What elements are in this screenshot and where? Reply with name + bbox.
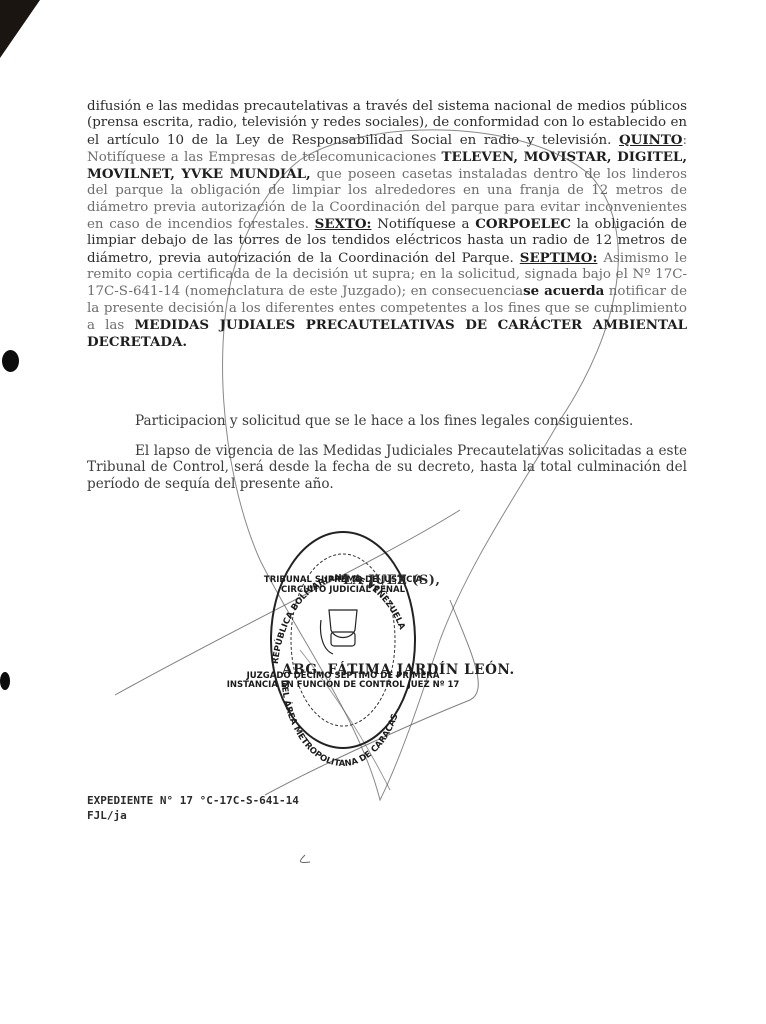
- quinto-heading: QUINTO: [619, 132, 682, 148]
- sexto-heading: SEXTO:: [315, 216, 372, 232]
- medidas-decretada: MEDIDAS JUDIALES PRECAUTELATIVAS DE CARÁ…: [87, 317, 687, 350]
- punch-hole: [2, 350, 19, 372]
- closing-paragraphs: Participacion y solicitud que se le hace…: [87, 413, 687, 505]
- main-paragraph: difusión e las medidas precautelativas a…: [87, 99, 687, 351]
- participacion-paragraph: Participacion y solicitud que se le hace…: [87, 413, 687, 430]
- judge-name: ABG. FÁTIMA JARDÍN LEÓN.: [282, 662, 515, 678]
- coat-of-arms-icon: [321, 610, 358, 654]
- resolution-body: difusión e las medidas precautelativas a…: [87, 99, 687, 351]
- signature-tick: [300, 855, 310, 863]
- corpoelec-name: CORPOELEC: [475, 216, 571, 232]
- punch-hole: [0, 672, 10, 690]
- vigencia-paragraph: El lapso de vigencia de las Medidas Judi…: [87, 443, 687, 493]
- typist-initials: FJL/ja: [87, 808, 299, 823]
- document-footer: EXPEDIENTE N° 17 °C-17C-S-641-14 FJL/ja: [87, 793, 299, 823]
- case-number: EXPEDIENTE N° 17 °C-17C-S-641-14: [87, 793, 299, 808]
- acuerda-text: se acuerda: [523, 283, 604, 299]
- court-stamp: REPÚBLICA BOLIVARIANA DE VENEZUELA DEL Á…: [227, 532, 460, 769]
- septimo-heading: SEPTIMO:: [520, 250, 598, 266]
- stamp-outer-bottom-text: DEL ÁREA METROPOLITANA DE CARACAS: [278, 679, 400, 769]
- scan-corner-shadow: [0, 0, 40, 58]
- stamp-line-4: INSTANCIA EN FUNCIÓN DE CONTROL JUEZ Nº …: [227, 678, 460, 690]
- judge-title: LA JUEZ (S),: [343, 573, 440, 588]
- signature-stroke: [265, 600, 478, 795]
